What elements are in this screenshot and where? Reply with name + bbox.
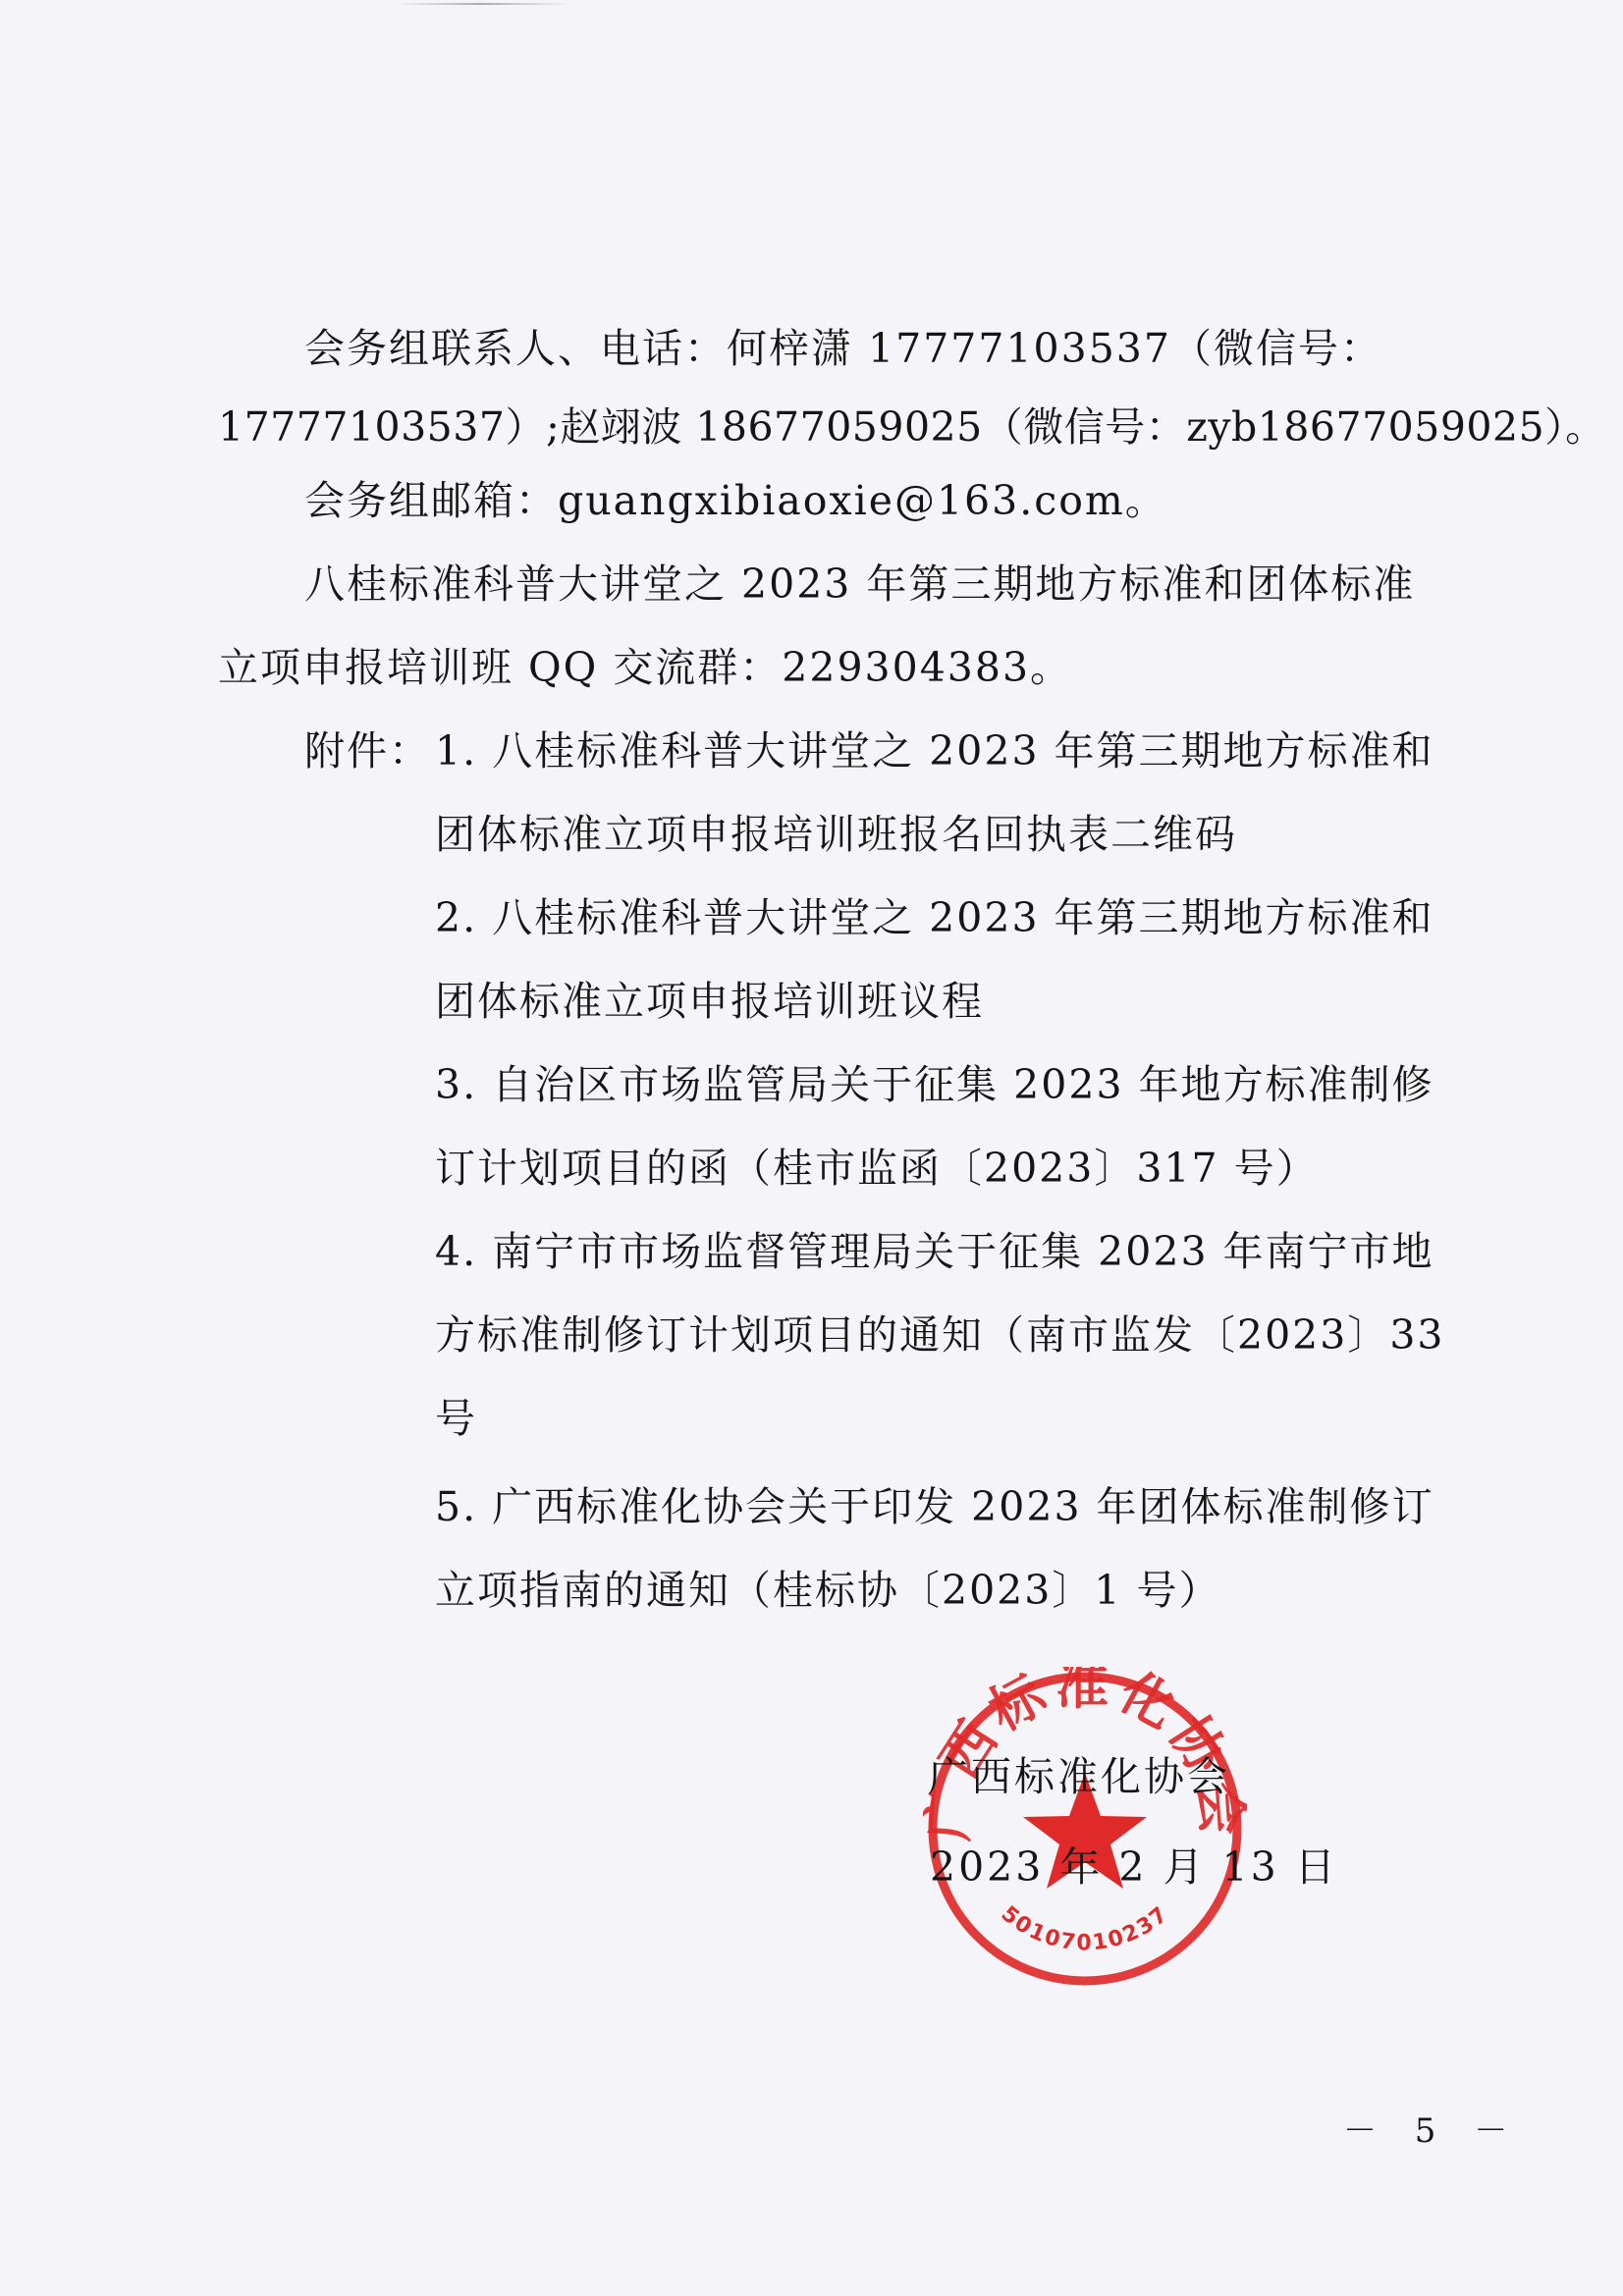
- qq-group-line-2: 立项申报培训班 QQ 交流群：229304383。: [218, 638, 1072, 697]
- attachment-4-line-2: 方标准制修订计划项目的通知（南市监发〔2023〕33: [435, 1306, 1445, 1364]
- contact-line-1: 会务组联系人、电话：何梓潇 17777103537（微信号：: [304, 319, 1382, 378]
- attachment-3-line-1: 3. 自治区市场监管局关于征集 2023 年地方标准制修: [435, 1055, 1434, 1114]
- qq-group-line-1: 八桂标准科普大讲堂之 2023 年第三期地方标准和团体标准: [304, 555, 1415, 614]
- attachment-5-line-1: 5. 广西标准化协会关于印发 2023 年团体标准制修订: [435, 1477, 1434, 1536]
- attachment-5-line-2: 立项指南的通知（桂标协〔2023〕1 号）: [435, 1561, 1220, 1620]
- scan-edge: [393, 3, 569, 5]
- attachment-1-line-2: 团体标准立项申报培训班报名回执表二维码: [435, 805, 1237, 864]
- attachment-4-line-1: 4. 南宁市市场监督管理局关于征集 2023 年南宁市地: [435, 1222, 1434, 1281]
- signature-date: 2023 年 2 月 13 日: [930, 1838, 1338, 1896]
- page-number: － 5 －: [1343, 2104, 1521, 2152]
- attachment-2-line-1: 2. 八桂标准科普大讲堂之 2023 年第三期地方标准和: [435, 888, 1434, 947]
- attachment-4-line-3: 号: [435, 1389, 477, 1448]
- contact-email: 会务组邮箱：guangxibiaoxie@163.com。: [304, 471, 1167, 530]
- official-seal: 广西标准化协会 4501070102377: [923, 1667, 1247, 1991]
- signature-organization: 广西标准化协会: [928, 1747, 1230, 1806]
- attachment-2-line-2: 团体标准立项申报培训班议程: [435, 972, 984, 1031]
- attachment-3-line-2: 订计划项目的函（桂市监函〔2023〕317 号）: [435, 1139, 1319, 1198]
- contact-line-2: 17777103537）;赵翊波 18677059025（微信号：zyb1867…: [218, 398, 1606, 456]
- attachments-label: 附件：: [304, 721, 431, 780]
- attachment-1-line-1: 1. 八桂标准科普大讲堂之 2023 年第三期地方标准和: [435, 721, 1434, 780]
